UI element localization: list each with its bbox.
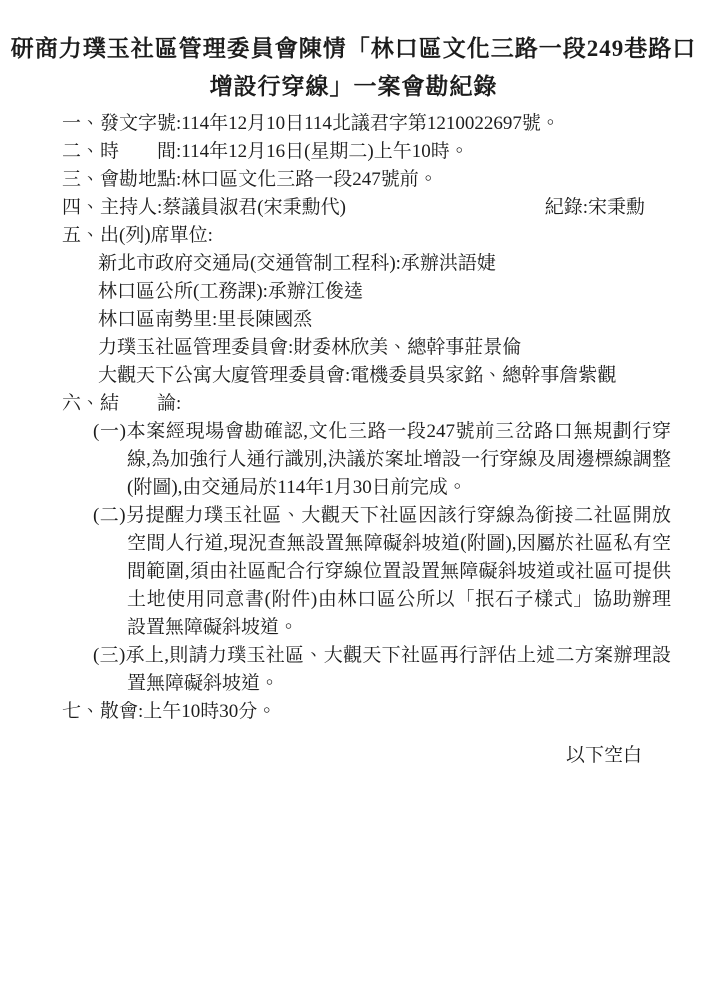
host-value: 蔡議員淑君(宋秉勳代): [162, 197, 346, 218]
meeting-location-label: 三、會勘地點:: [62, 169, 181, 190]
attendee-unit: 林口區南勢里:里長陳國烝: [0, 306, 707, 334]
attendees-header: 五、出(列)席單位:: [0, 222, 707, 250]
meeting-time-label: 二、時 間:: [62, 141, 181, 162]
host-group: 四、主持人:蔡議員淑君(宋秉勳代): [62, 194, 346, 222]
conclusion-point: (一)本案經現場會勘確認,文化三路一段247號前三岔路口無規劃行穿線,為加強行人…: [0, 418, 707, 502]
attendee-unit: 林口區公所(工務課):承辦江俊逵: [0, 278, 707, 306]
adjournment-label: 七、散會:: [62, 701, 143, 722]
meeting-record-document: 研商力璞玉社區管理委員會陳情「林口區文化三路一段249巷路口 增設行穿線」一案會…: [0, 0, 707, 1000]
attendee-unit: 新北市政府交通局(交通管制工程科):承辦洪語婕: [0, 250, 707, 278]
attendee-unit: 大觀天下公寓大廈管理委員會:電機委員吳家銘、總幹事詹紫觀: [0, 362, 707, 390]
field-host-and-recorder: 四、主持人:蔡議員淑君(宋秉勳代) 紀錄:宋秉勳: [0, 194, 707, 222]
document-title: 研商力璞玉社區管理委員會陳情「林口區文化三路一段249巷路口 增設行穿線」一案會…: [0, 30, 707, 106]
document-title-line-2: 增設行穿線」一案會勘紀錄: [0, 68, 707, 106]
field-meeting-time: 二、時 間:114年12月16日(星期二)上午10時。: [0, 138, 707, 166]
conclusion-point: (三)承上,則請力璞玉社區、大觀天下社區再行評估上述二方案辦理設置無障礙斜坡道。: [0, 642, 707, 698]
conclusion-header: 六、結 論:: [0, 390, 707, 418]
field-adjournment: 七、散會:上午10時30分。: [0, 698, 707, 726]
recorder-value: 紀錄:宋秉勳: [545, 194, 645, 222]
conclusion-point: (二)另提醒力璞玉社區、大觀天下社區因該行穿線為銜接二社區開放空間人行道,現況查…: [0, 502, 707, 642]
field-doc-number: 一、發文字號:114年12月10日114北議君字第1210022697號。: [0, 110, 707, 138]
host-label: 四、主持人:: [62, 197, 162, 218]
doc-number-label: 一、發文字號:: [62, 113, 181, 134]
conclusion-label: 六、結 論:: [62, 393, 181, 414]
attendees-label: 五、出(列)席單位:: [62, 225, 213, 246]
attendee-unit: 力璞玉社區管理委員會:財委林欣美、總幹事莊景倫: [0, 334, 707, 362]
meeting-location-value: 林口區文化三路一段247號前。: [181, 169, 438, 190]
meeting-time-value: 114年12月16日(星期二)上午10時。: [181, 141, 468, 162]
end-note: 以下空白: [0, 742, 707, 770]
doc-number-value: 114年12月10日114北議君字第1210022697號。: [181, 113, 560, 134]
field-meeting-location: 三、會勘地點:林口區文化三路一段247號前。: [0, 166, 707, 194]
adjournment-value: 上午10時30分。: [143, 701, 276, 722]
document-title-line-1: 研商力璞玉社區管理委員會陳情「林口區文化三路一段249巷路口: [0, 30, 707, 68]
